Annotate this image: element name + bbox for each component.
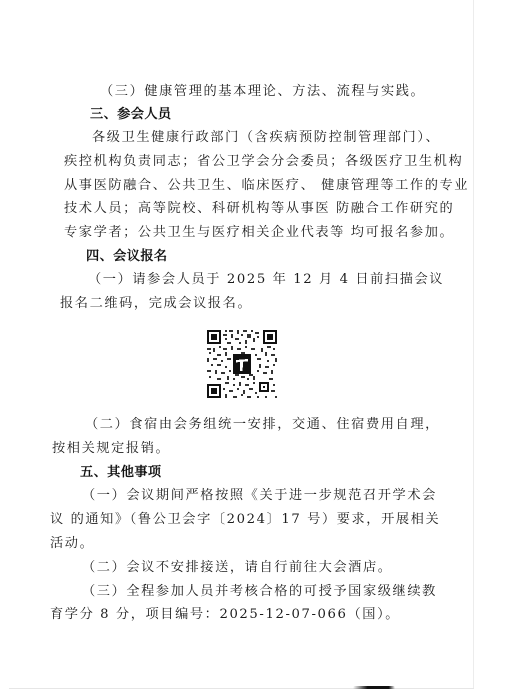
section-heading-registration: 四、会议报名 (86, 248, 168, 266)
item-4-1-line-1: （一）请参会人员于 2025 年 12 月 4 日前扫描会议 (88, 271, 444, 289)
participants-line-5: 专家学者；公共卫生与医疗相关企业代表等 均可报名参加。 (64, 224, 454, 242)
section-heading-other-matters: 五、其他事项 (80, 464, 162, 482)
item-5-1-line-1: （一）会议期间严格按照《关于进一步规范召开学术会 (82, 487, 437, 505)
participants-line-4: 技术人员；高等院校、科研机构等从事医 防融合工作研究的 (64, 200, 454, 218)
item-4-1-line-2: 报名二维码，完成会议报名。 (60, 295, 252, 313)
page-curl-shadow (353, 686, 395, 689)
page-bottom-edge (9, 688, 474, 689)
participants-line-2: 疾控机构负责同志；省公卫学会分会委员；各级医疗卫生机构 (64, 153, 463, 171)
item-4-2-line-1: （二）食宿由会务组统一安排，交通、住宿费用自理， (85, 416, 440, 434)
item-4-2-line-2: 按相关规定报销。 (52, 440, 170, 458)
item-5-2-line-1: （二）会议不安排接送，请自行前往大会酒店。 (82, 559, 393, 577)
section-heading-participants: 三、参会人员 (90, 106, 172, 124)
document-page: （三）健康管理的基本理论、方法、流程与实践。 三、参会人员 各级卫生健康行政部门… (0, 0, 474, 688)
participants-line-1: 各级卫生健康行政部门（含疾病预防控制管理部门）、 (92, 129, 440, 147)
item-5-1-line-3: 活动。 (50, 535, 94, 553)
item-5-3-line-2: 育学分 8 分，项目编号：2025-12-07-066（国）。 (50, 606, 400, 624)
item-5-1-line-2: 议 的通知》（鲁公卫会字〔2024〕17 号）要求，开展相关 (50, 511, 440, 529)
item-3-3-line-1: （三）健康管理的基本理论、方法、流程与实践。 (100, 83, 425, 101)
participants-line-3: 从事医防融合、公共卫生、临床医疗、 健康管理等工作的专业 (64, 177, 469, 195)
item-5-3-line-1: （三）全程参加人员并考核合格的可授予国家级继续教 (82, 583, 437, 601)
registration-qr-code-icon[interactable] (205, 328, 279, 400)
